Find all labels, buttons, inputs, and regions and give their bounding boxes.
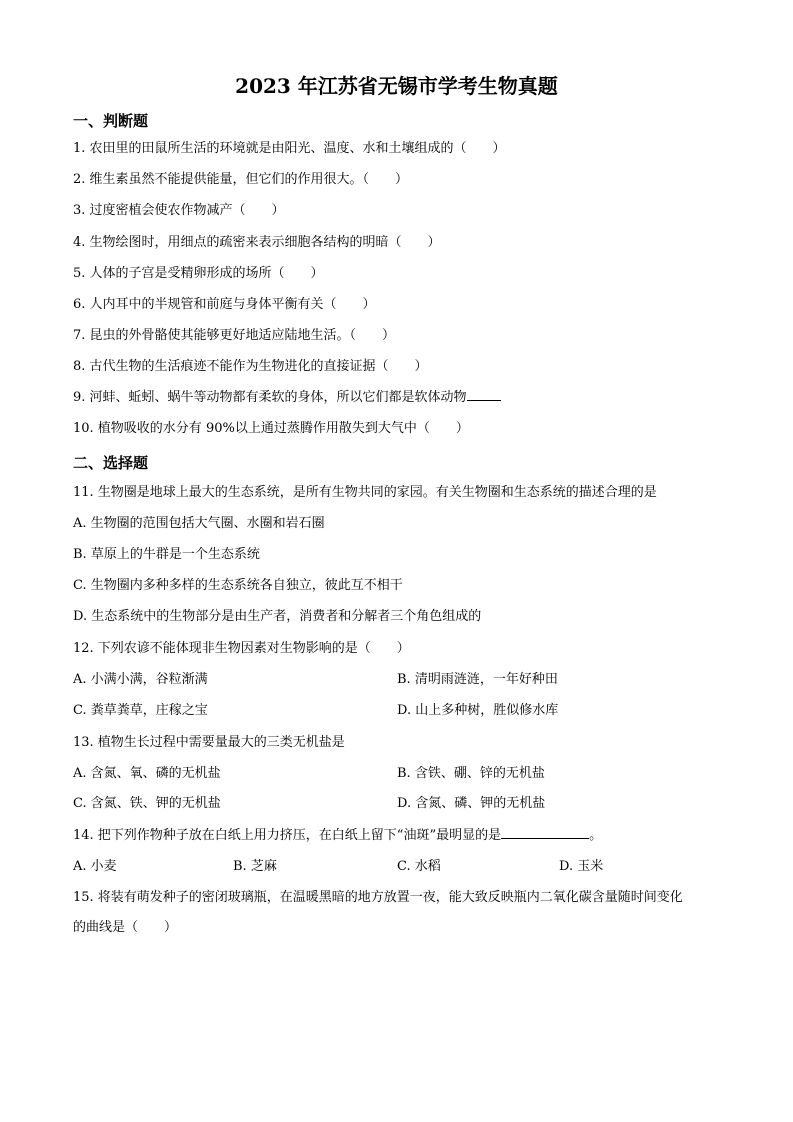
question-11-stem: 11. 生物圈是地球上最大的生态系统，是所有生物共同的家园。有关生物圈和生态系统… [73, 485, 657, 501]
answer-blank-14[interactable] [501, 838, 589, 839]
question-13-option-b[interactable]: B. 含铁、硼、锌的无机盐 [397, 766, 545, 782]
question-12-option-b[interactable]: B. 清明雨涟涟，一年好种田 [397, 672, 558, 688]
question-13-stem: 13. 植物生长过程中需要量最大的三类无机盐是 [73, 735, 345, 751]
question-5: 5. 人体的子宫是受精卵形成的场所（ ） [73, 266, 324, 282]
question-11-option-c[interactable]: C. 生物圈内多种多样的生态系统各自独立，彼此互不相干 [73, 578, 403, 594]
question-13-option-c[interactable]: C. 含氮、铁、钾的无机盐 [73, 796, 221, 812]
question-14-option-a[interactable]: A. 小麦 [73, 859, 117, 875]
question-11-option-d[interactable]: D. 生态系统中的生物部分是由生产者，消费者和分解者三个角色组成的 [73, 609, 481, 625]
question-14-row: 14. 把下列作物种子放在白纸上用力挤压，在白纸上留下“油斑”最明显的是。 [73, 828, 602, 844]
question-14-stem: 14. 把下列作物种子放在白纸上用力挤压，在白纸上留下“油斑”最明显的是 [73, 828, 501, 843]
question-10: 10. 植物吸收的水分有 90%以上通过蒸腾作用散失到大气中（ ） [73, 421, 469, 437]
question-12-option-a[interactable]: A. 小满小满，谷粒渐满 [73, 672, 208, 688]
question-7: 7. 昆虫的外骨骼使其能够更好地适应陆地生活。（ ） [73, 328, 395, 344]
section-heading-judgment: 一、判断题 [73, 110, 148, 131]
question-13-option-d[interactable]: D. 含氮、磷、钾的无机盐 [397, 796, 545, 812]
question-14-option-c[interactable]: C. 水稻 [397, 859, 441, 875]
question-11-option-a[interactable]: A. 生物圈的范围包括大气圈、水圈和岩石圈 [73, 516, 325, 532]
question-15-stem: 15. 将装有萌发种子的密闭玻璃瓶，在温暖黑暗的地方放置一夜，能大致反映瓶内二氧… [73, 890, 683, 906]
question-11-option-b[interactable]: B. 草原上的牛群是一个生态系统 [73, 547, 260, 563]
question-15-stem-continued: 的曲线是（ ） [73, 920, 177, 936]
question-8: 8. 古代生物的生活痕迹不能作为生物进化的直接证据（ ） [73, 359, 428, 375]
question-3: 3. 过度密植会使农作物减产（ ） [73, 203, 285, 219]
question-9-row: 9. 河蚌、蚯蚓、蜗牛等动物都有柔软的身体，所以它们都是软体动物 [73, 390, 501, 406]
question-1: 1. 农田里的田鼠所生活的环境就是由阳光、温度、水和土壤组成的（ ） [73, 141, 506, 157]
question-13-option-a[interactable]: A. 含氮、氧、磷的无机盐 [73, 766, 221, 782]
question-14-stem-end: 。 [589, 828, 602, 843]
section-heading-choice: 二、选择题 [73, 452, 148, 473]
question-14-option-d[interactable]: D. 玉米 [559, 859, 603, 875]
question-14-option-b[interactable]: B. 芝麻 [233, 859, 277, 875]
question-12-option-c[interactable]: C. 粪草粪草，庄稼之宝 [73, 703, 208, 719]
page-title: 2023 年江苏省无锡市学考生物真题 [0, 70, 793, 99]
answer-blank-9[interactable] [467, 400, 501, 401]
question-6: 6. 人内耳中的半规管和前庭与身体平衡有关（ ） [73, 297, 376, 313]
question-12-stem: 12. 下列农谚不能体现非生物因素对生物影响的是（ ） [73, 641, 410, 657]
question-4: 4. 生物绘图时，用细点的疏密来表示细胞各结构的明暗（ ） [73, 235, 441, 251]
question-12-option-d[interactable]: D. 山上多种树，胜似修水库 [397, 703, 558, 719]
question-9: 9. 河蚌、蚯蚓、蜗牛等动物都有柔软的身体，所以它们都是软体动物 [73, 390, 467, 405]
question-2: 2. 维生素虽然不能提供能量，但它们的作用很大。（ ） [73, 172, 408, 188]
